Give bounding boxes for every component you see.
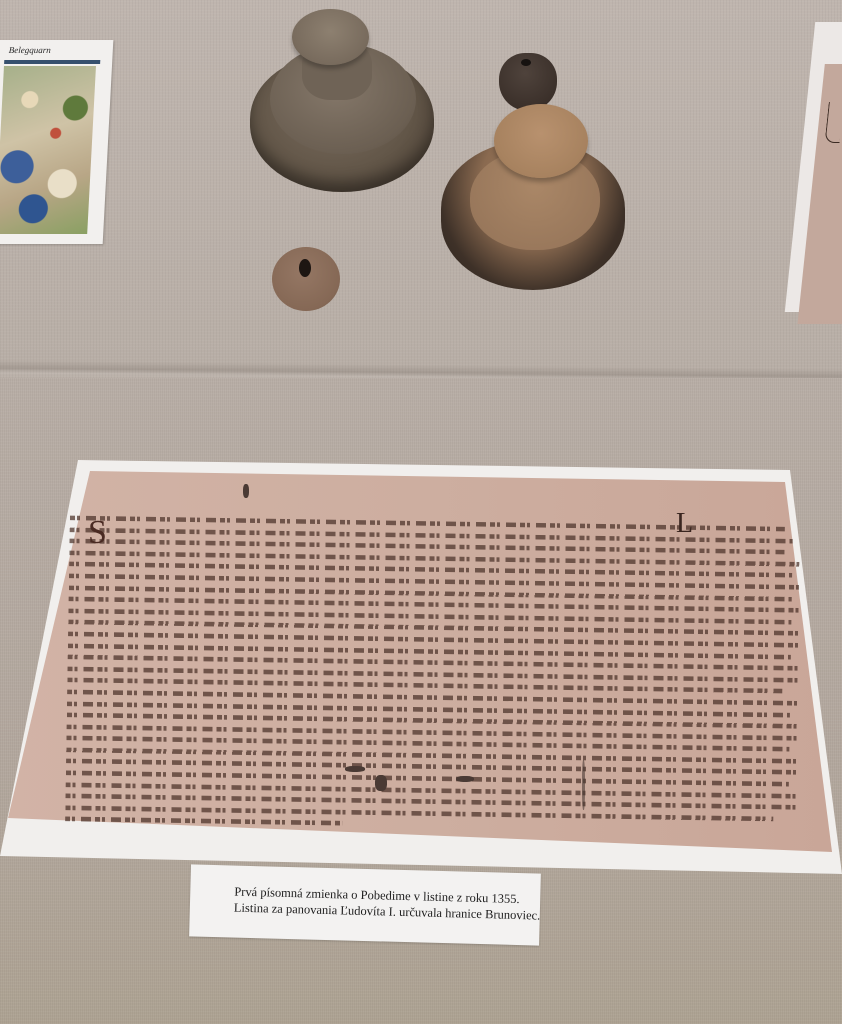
two-tone-lid-knob xyxy=(494,104,588,178)
left-woodcut-print: Belegquarn xyxy=(0,40,113,244)
whorl-hole xyxy=(299,259,311,277)
manuscript-initial-s: S xyxy=(88,514,107,552)
grey-lid-knob xyxy=(292,9,369,65)
fabric-background-top xyxy=(0,0,842,380)
manuscript-ink-stain xyxy=(582,760,585,810)
manuscript-ink-stain xyxy=(345,766,365,772)
artifact-small-clay-whorl xyxy=(272,247,340,311)
manuscript-text-block xyxy=(65,512,800,836)
manuscript-ink-stain xyxy=(243,484,249,498)
left-print-band xyxy=(4,60,100,64)
right-print-ink-mark xyxy=(825,102,842,143)
manuscript-ink-stain xyxy=(456,776,474,782)
exhibit-label-card: Prvá písomná zmienka o Pobedime v listin… xyxy=(189,864,541,945)
left-print-caption: Belegquarn xyxy=(9,45,52,55)
woodcut-illustration xyxy=(0,66,96,234)
bead-hole xyxy=(521,59,531,66)
manuscript-ink-stain xyxy=(375,775,387,791)
manuscript-initial-l: L xyxy=(676,508,693,540)
artifact-small-dark-bead xyxy=(499,53,557,111)
